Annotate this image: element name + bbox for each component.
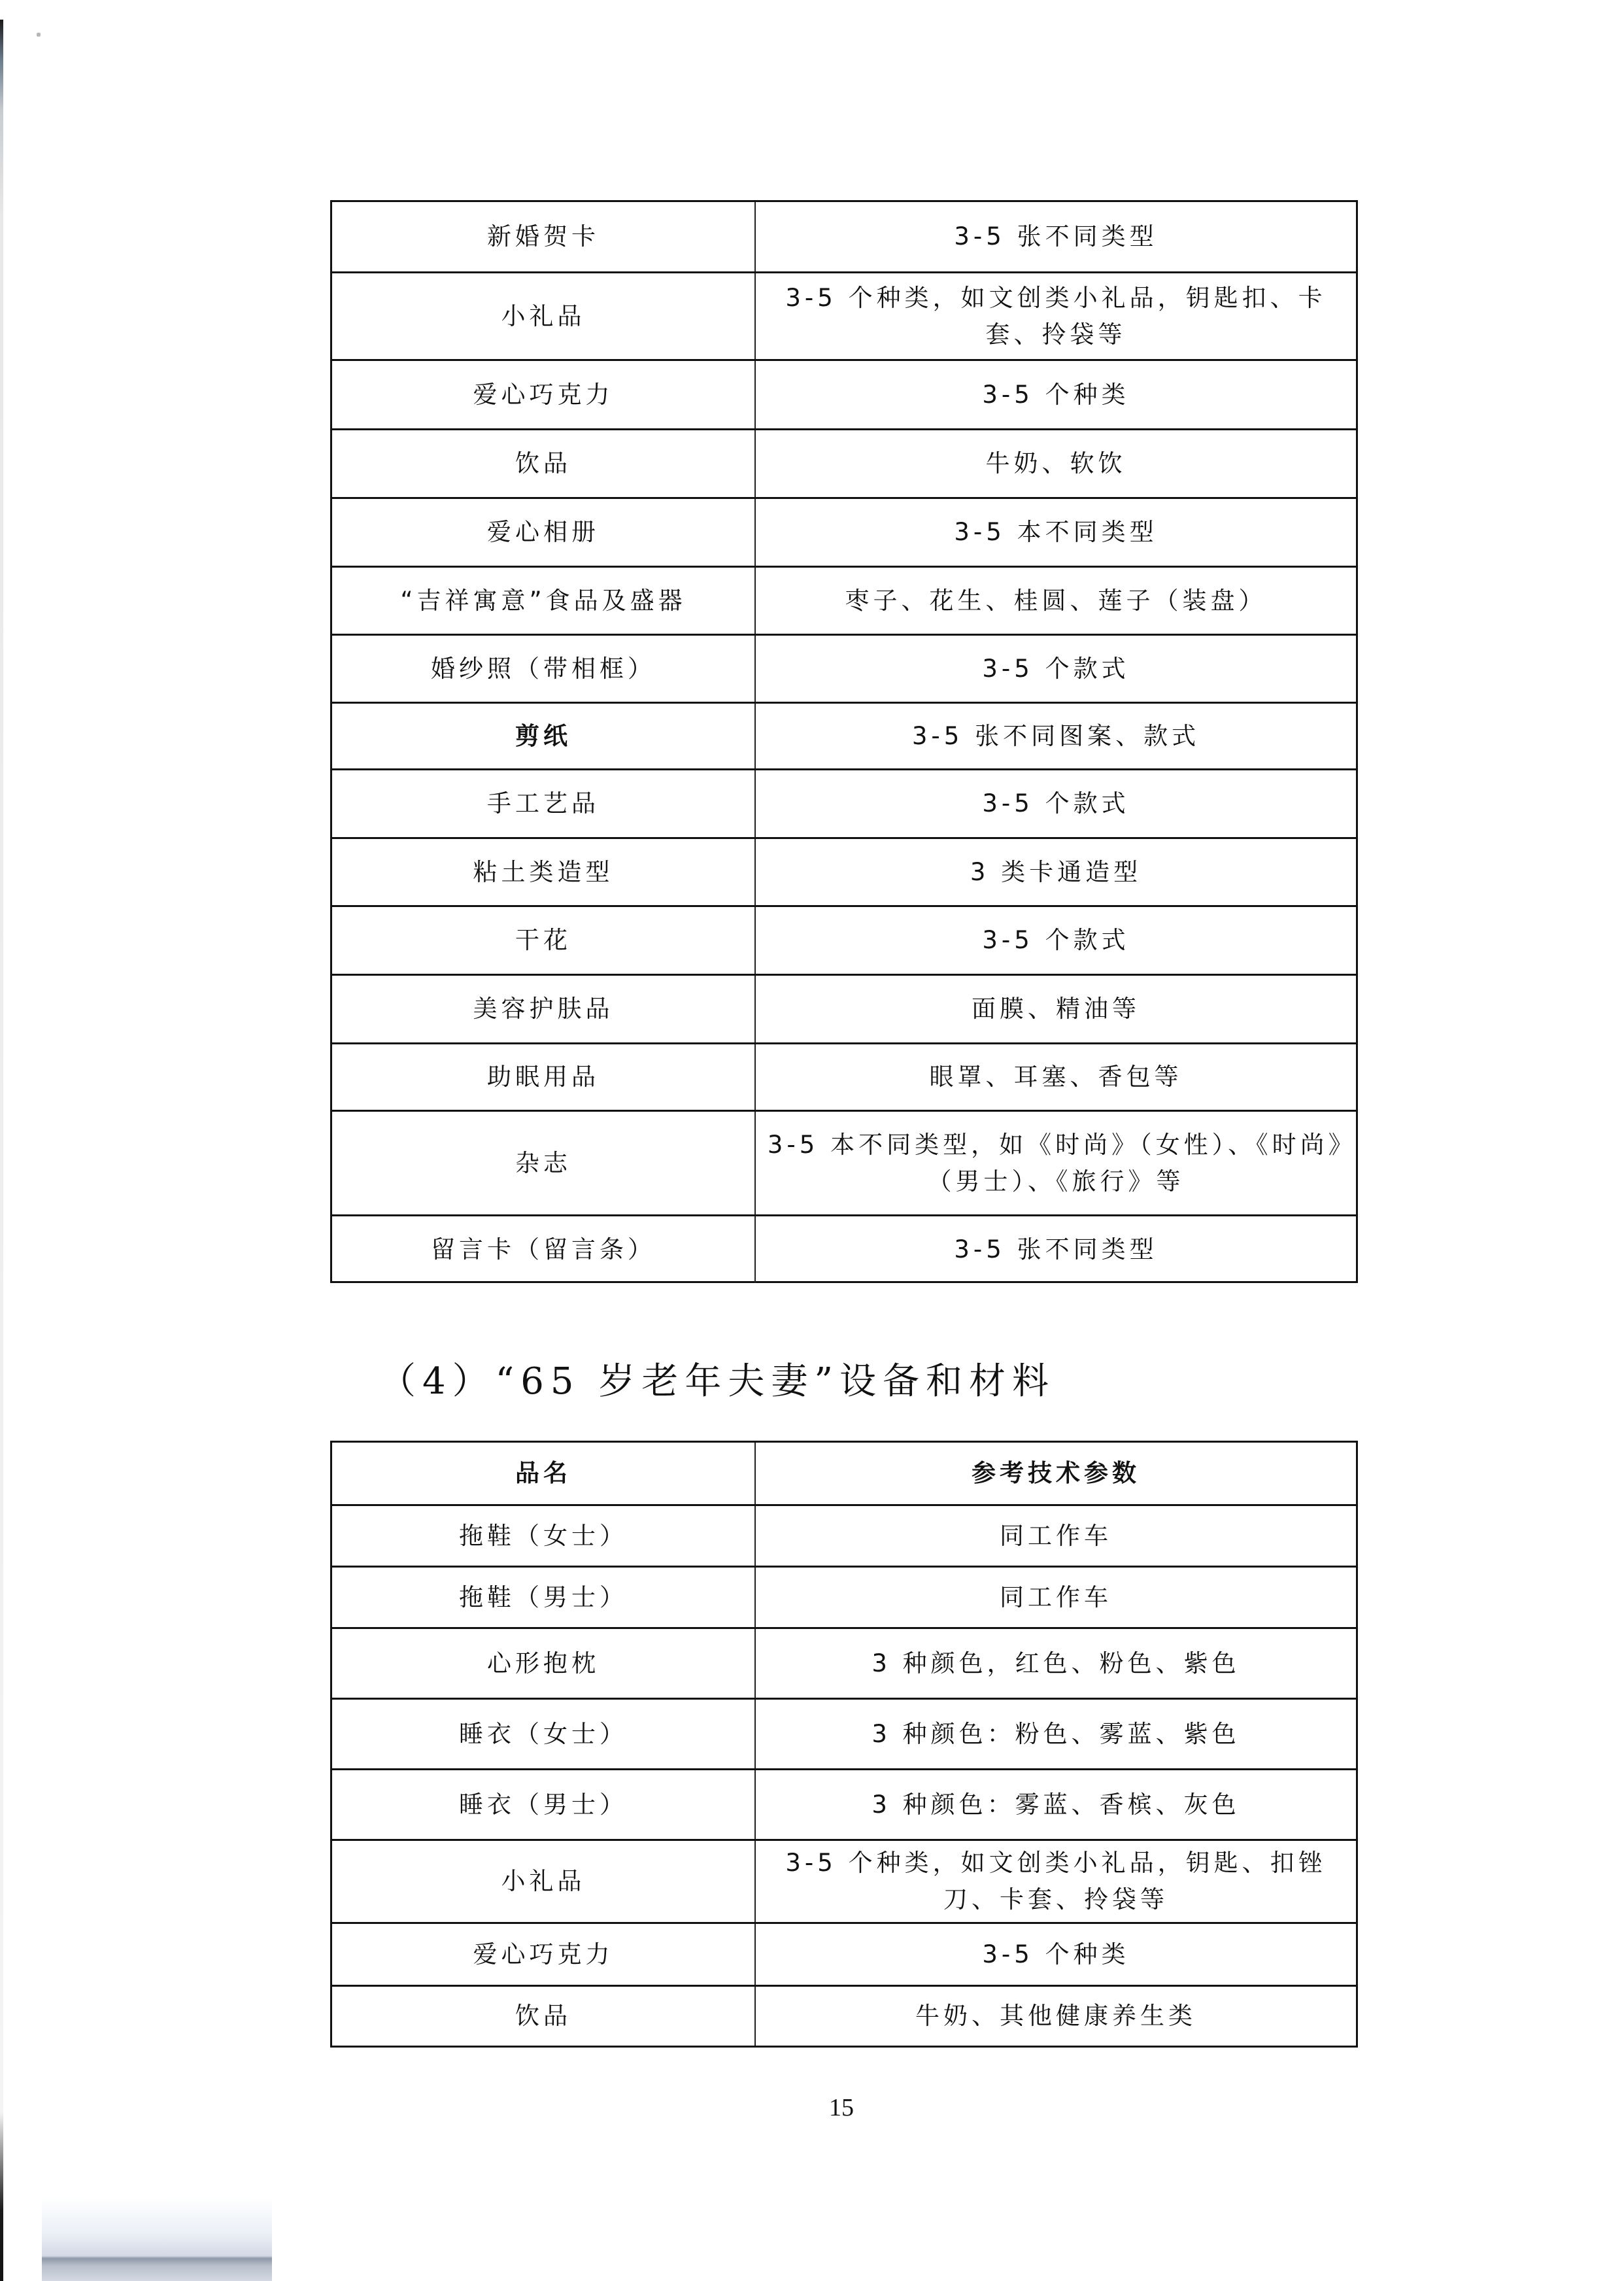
table-row: 手工艺品 3-5 个款式 (332, 768, 1356, 837)
item-name: 爱心巧克力 (332, 1924, 756, 1985)
item-name: “吉祥寓意”食品及盛器 (332, 568, 756, 634)
item-spec: 3-5 张不同类型 (756, 1216, 1356, 1283)
item-spec: 3-5 个款式 (756, 636, 1356, 702)
item-spec: 牛奶、其他健康养生类 (756, 1987, 1356, 2046)
item-spec: 牛奶、软饮 (756, 430, 1356, 497)
item-name: 拖鞋（女士） (332, 1506, 756, 1566)
table-row: 小礼品 3-5 个种类，如文创类小礼品，钥匙扣、卡套、拎袋等 (332, 271, 1356, 359)
item-name: 睡衣（男士） (332, 1770, 756, 1839)
table-row: 爱心巧克力 3-5 个种类 (332, 1922, 1356, 1985)
item-name: 心形抱枕 (332, 1629, 756, 1698)
table-row: 干花 3-5 个款式 (332, 905, 1356, 974)
item-spec: 3-5 本不同类型 (756, 499, 1356, 566)
table-row: 睡衣（男士） 3 种颜色：雾蓝、香槟、灰色 (332, 1768, 1356, 1839)
table-row: 杂志 3-5 本不同类型，如《时尚》（女性）、《时尚》（男士）、《旅行》等 (332, 1110, 1356, 1214)
materials-table-continued: 新婚贺卡 3-5 张不同类型 小礼品 3-5 个种类，如文创类小礼品，钥匙扣、卡… (330, 200, 1358, 1283)
scan-dust-mark (37, 33, 41, 37)
item-spec: 3-5 本不同类型，如《时尚》（女性）、《时尚》（男士）、《旅行》等 (756, 1112, 1356, 1214)
item-name: 新婚贺卡 (332, 202, 756, 271)
item-name: 睡衣（女士） (332, 1700, 756, 1768)
table-row: 小礼品 3-5 个种类，如文创类小礼品，钥匙、扣锉刀、卡套、拎袋等 (332, 1839, 1356, 1922)
item-name: 爱心巧克力 (332, 361, 756, 428)
table-row: 留言卡（留言条） 3-5 张不同类型 (332, 1214, 1356, 1283)
item-name: 饮品 (332, 1987, 756, 2046)
table-row: 心形抱枕 3 种颜色，红色、粉色、紫色 (332, 1627, 1356, 1698)
item-name: 饮品 (332, 430, 756, 497)
item-name: 杂志 (332, 1112, 756, 1214)
table-row: 助眠用品 眼罩、耳塞、香包等 (332, 1042, 1356, 1110)
table-row: 新婚贺卡 3-5 张不同类型 (332, 202, 1356, 271)
item-spec: 同工作车 (756, 1568, 1356, 1627)
item-name: 拖鞋（男士） (332, 1568, 756, 1627)
item-name: 婚纱照（带相框） (332, 636, 756, 702)
scan-smudge-artifact (42, 2197, 272, 2281)
item-name: 助眠用品 (332, 1044, 756, 1110)
table-row: 剪纸 3-5 张不同图案、款式 (332, 702, 1356, 768)
item-spec: 枣子、花生、桂圆、莲子（装盘） (756, 568, 1356, 634)
elderly-couple-materials-table: 品名 参考技术参数 拖鞋（女士） 同工作车 拖鞋（男士） 同工作车 心形抱枕 3… (330, 1441, 1358, 2048)
item-name: 干花 (332, 907, 756, 974)
item-spec: 面膜、精油等 (756, 976, 1356, 1042)
table-header-row: 品名 参考技术参数 (332, 1443, 1356, 1504)
page-number: 15 (829, 2095, 854, 2121)
column-header-item-name: 品名 (332, 1443, 756, 1504)
item-spec: 3 种颜色：粉色、雾蓝、紫色 (756, 1700, 1356, 1768)
table-row: 粘土类造型 3 类卡通造型 (332, 837, 1356, 905)
item-spec: 眼罩、耳塞、香包等 (756, 1044, 1356, 1110)
table-row: 饮品 牛奶、其他健康养生类 (332, 1985, 1356, 2046)
table-row: 睡衣（女士） 3 种颜色：粉色、雾蓝、紫色 (332, 1698, 1356, 1768)
item-spec: 3-5 个种类，如文创类小礼品，钥匙、扣锉刀、卡套、拎袋等 (756, 1841, 1356, 1922)
item-spec: 3-5 张不同类型 (756, 202, 1356, 271)
item-spec: 同工作车 (756, 1506, 1356, 1566)
table-row: 爱心相册 3-5 本不同类型 (332, 497, 1356, 566)
table-row: “吉祥寓意”食品及盛器 枣子、花生、桂圆、莲子（装盘） (332, 566, 1356, 634)
column-header-reference-spec: 参考技术参数 (756, 1443, 1356, 1504)
table-row: 婚纱照（带相框） 3-5 个款式 (332, 634, 1356, 702)
item-spec: 3-5 个款式 (756, 770, 1356, 837)
section-heading: （4）“65 岁老年夫妻”设备和材料 (379, 1359, 1055, 1405)
item-spec: 3 种颜色：雾蓝、香槟、灰色 (756, 1770, 1356, 1839)
table-row: 美容护肤品 面膜、精油等 (332, 974, 1356, 1042)
item-name: 美容护肤品 (332, 976, 756, 1042)
item-name: 剪纸 (332, 704, 756, 768)
item-name: 留言卡（留言条） (332, 1216, 756, 1283)
item-name: 粘土类造型 (332, 839, 756, 905)
item-spec: 3-5 个种类，如文创类小礼品，钥匙扣、卡套、拎袋等 (756, 273, 1356, 359)
scan-edge-artifact (0, 20, 3, 2281)
item-name: 小礼品 (332, 273, 756, 359)
table-row: 拖鞋（男士） 同工作车 (332, 1566, 1356, 1627)
item-name: 小礼品 (332, 1841, 756, 1922)
item-spec: 3-5 个款式 (756, 907, 1356, 974)
item-spec: 3-5 张不同图案、款式 (756, 704, 1356, 768)
item-spec: 3 种颜色，红色、粉色、紫色 (756, 1629, 1356, 1698)
item-spec: 3-5 个种类 (756, 1924, 1356, 1985)
item-name: 爱心相册 (332, 499, 756, 566)
table-row: 爱心巧克力 3-5 个种类 (332, 359, 1356, 428)
item-spec: 3-5 个种类 (756, 361, 1356, 428)
table-row: 拖鞋（女士） 同工作车 (332, 1504, 1356, 1566)
item-name: 手工艺品 (332, 770, 756, 837)
item-spec: 3 类卡通造型 (756, 839, 1356, 905)
table-row: 饮品 牛奶、软饮 (332, 428, 1356, 497)
